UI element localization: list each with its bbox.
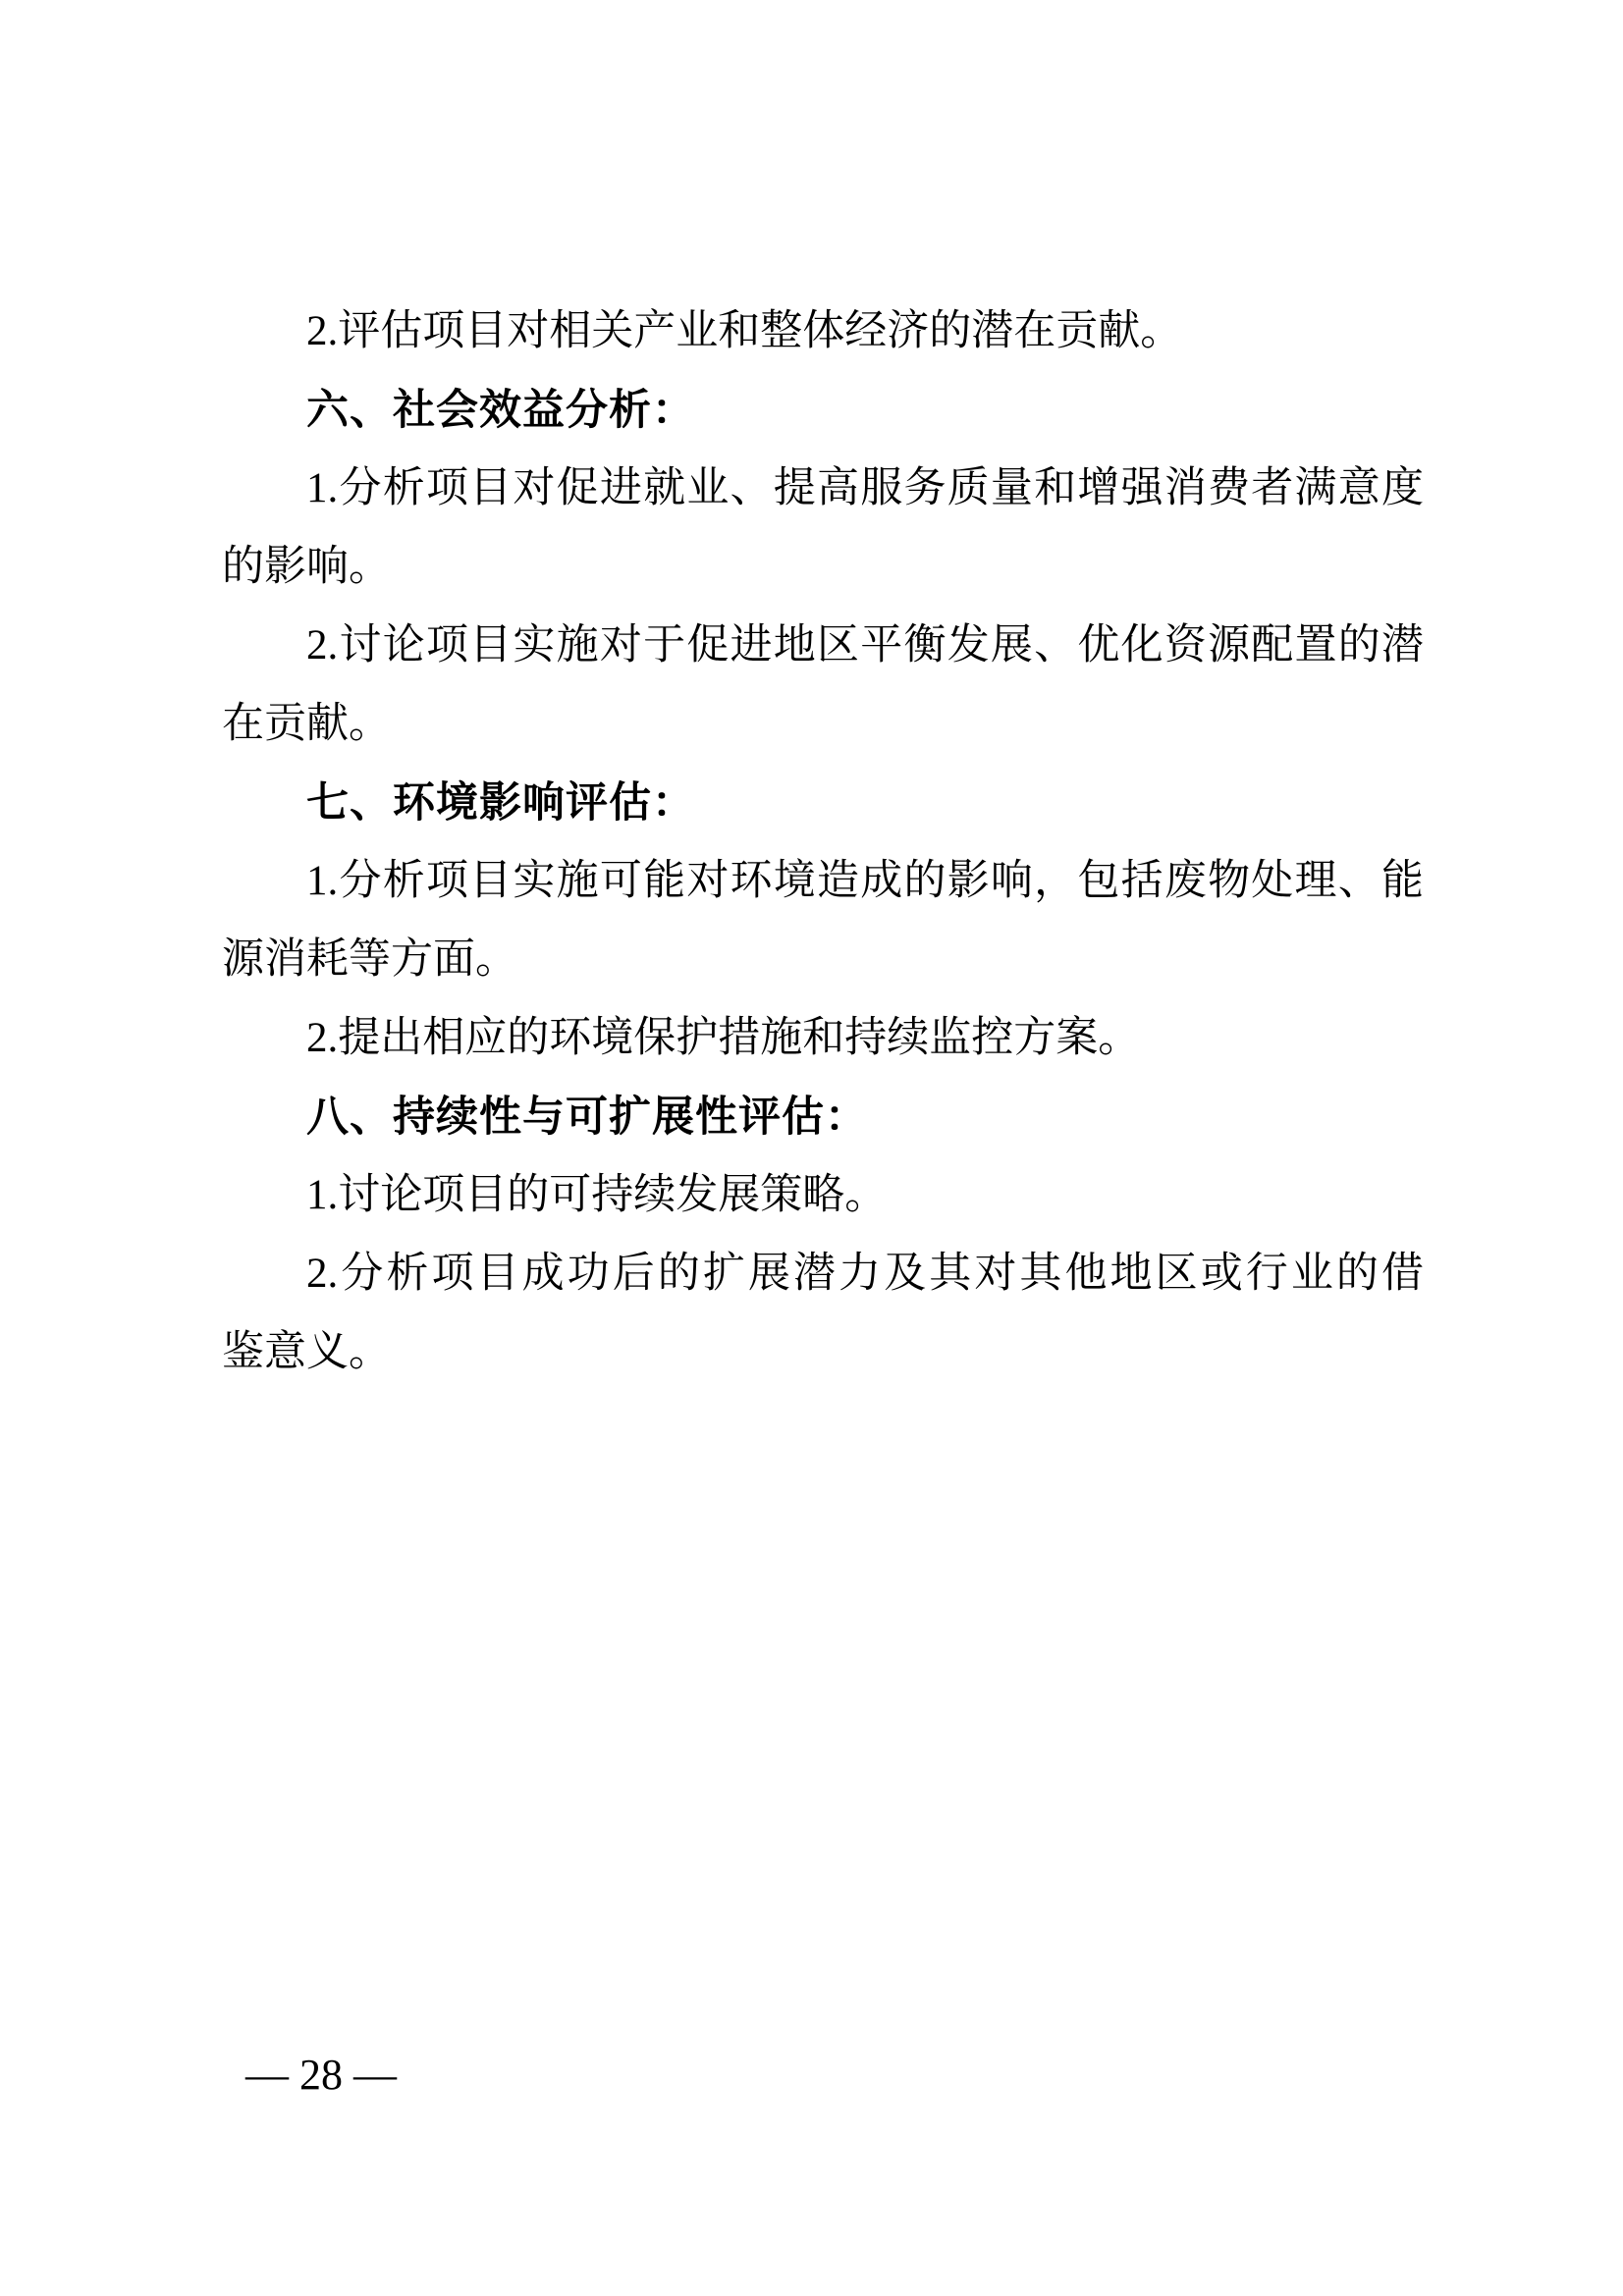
body-text-line: 2.分析项目成功后的扩展潜力及其对其他地区或行业的借 (222, 1235, 1424, 1313)
body-text-line: 1.分析项目实施可能对环境造成的影响，包括废物处理、能 (222, 842, 1424, 921)
body-text-line: 2.讨论项目实施对于促进地区平衡发展、优化资源配置的潜 (222, 607, 1424, 685)
body-text-line: 2.评估项目对相关产业和整体经济的潜在贡献。 (222, 293, 1424, 371)
body-text-line: 在贡献。 (222, 685, 1424, 764)
document-page: 2.评估项目对相关产业和整体经济的潜在贡献。 六、社会效益分析： 1.分析项目对… (0, 0, 1623, 2296)
section-heading-7: 七、环境影响评估： (222, 764, 1424, 842)
section-heading-6: 六、社会效益分析： (222, 371, 1424, 450)
body-text-line: 1.分析项目对促进就业、提高服务质量和增强消费者满意度 (222, 450, 1424, 528)
body-text-line: 鉴意义。 (222, 1313, 1424, 1392)
section-heading-8: 八、持续性与可扩展性评估： (222, 1078, 1424, 1156)
body-text-line: 1.讨论项目的可持续发展策略。 (222, 1156, 1424, 1235)
body-text-line: 源消耗等方面。 (222, 921, 1424, 999)
page-number: — 28 — (245, 2051, 397, 2100)
body-text-line: 2.提出相应的环境保护措施和持续监控方案。 (222, 999, 1424, 1078)
document-body: 2.评估项目对相关产业和整体经济的潜在贡献。 六、社会效益分析： 1.分析项目对… (222, 293, 1424, 1392)
body-text-line: 的影响。 (222, 528, 1424, 607)
